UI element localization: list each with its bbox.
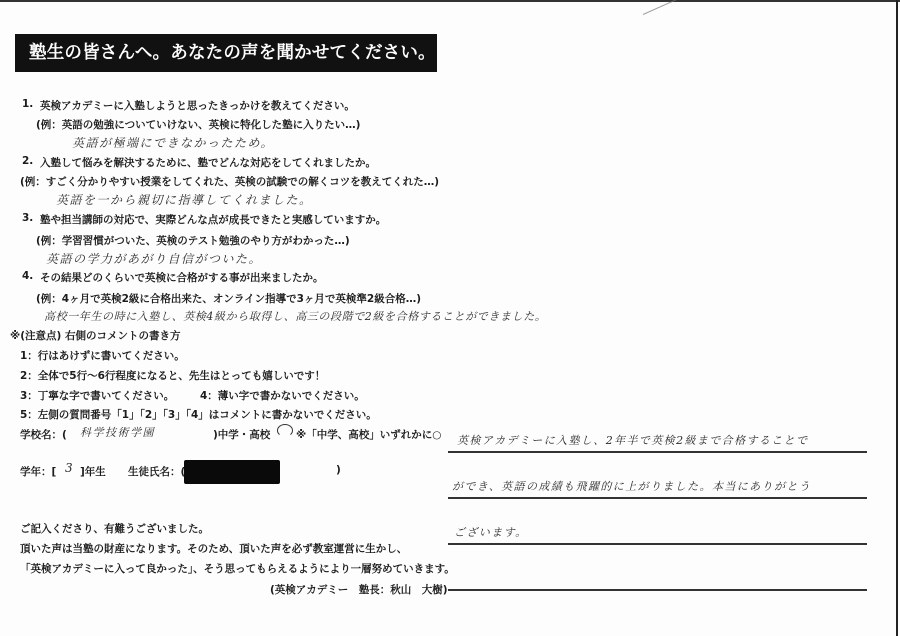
grade-label-open: 学年：[ (20, 464, 56, 479)
note-item-1: 1：行はあけずに書いてください。 (20, 348, 185, 363)
grade-label-close: ]年生 (80, 464, 106, 479)
question-2-answer: 英語を一から親切に指導してくれました。 (56, 191, 313, 208)
question-1-number: 1. (22, 98, 33, 110)
question-3-answer: 英語の学力があがり自信がついた。 (46, 250, 262, 267)
note-item-3: 3：丁寧な字で書いてください。 (20, 388, 174, 403)
student-name-close: ) (336, 464, 341, 476)
question-2-number: 2. (22, 155, 33, 167)
comment-rule-1 (448, 451, 867, 453)
note-item-5: 5：左側の質問番号「1」「2」「3」「4」はコメントに書かないでください。 (20, 407, 377, 422)
comment-line-3: ございます。 (454, 524, 528, 540)
question-1-answer: 英語が極端にできなかったため。 (72, 134, 274, 151)
school-type-instruction: ※「中学、高校」いずれかに○ (296, 427, 441, 442)
comment-line-1: 英検アカデミーに入塾し、2年半で英検2級まで合格することで (457, 432, 809, 448)
school-type-circled-mark (277, 424, 293, 437)
question-3-number: 3. (22, 212, 33, 224)
comment-rule-3 (448, 543, 867, 545)
question-1-text: 英検アカデミーに入塾しようと思ったきっかけを教えてください。 (40, 98, 355, 113)
question-4-example: (例：4ヶ月で英検2級に合格出来た、オンライン指導で3ヶ月で英検準2級合格…) (36, 291, 421, 306)
question-3-text: 塾や担当講師の対応で、実際どんな点が成長できたと実感していますか。 (40, 212, 386, 227)
question-4-answer: 高校一年生の時に入塾し、英検4級から取得し、高三の段階で2級を合格することができ… (44, 308, 546, 324)
comment-rule-2 (448, 497, 867, 499)
student-name-label: 生徒氏名：( (128, 464, 185, 479)
note-item-4: 4：薄い字で書かないでください。 (200, 388, 365, 403)
question-1-example: (例：英語の勉強についていけない、英検に特化した塾に入りたい…) (36, 117, 360, 132)
pen-stroke-mark (643, 0, 726, 15)
grade-value: 3 (65, 461, 74, 475)
question-4-text: その結果どのくらいで英検に合格がする事が出来ましたか。 (40, 270, 324, 285)
question-2-example: (例：すごく分かりやすい授業をしてくれた、英検の試験での解くコツを教えてくれた…… (20, 174, 439, 189)
comment-rule-4 (448, 589, 867, 591)
closing-line-1: ご記入くださり、有難うございました。 (20, 521, 209, 536)
closing-signature: (英検アカデミー 塾長：秋山 大樹) (270, 582, 448, 597)
school-type-options: )中学・高校 (213, 427, 270, 442)
notes-heading: ※(注意点) 右側のコメントの書き方 (10, 328, 180, 343)
question-2-text: 入塾して悩みを解決するために、塾でどんな対応をしてくれましたか。 (40, 155, 376, 170)
question-3-example: (例：学習習慣がついた、英検のテスト勉強のやり方がわかった…) (36, 233, 350, 248)
school-name-value: 科学技術学園 (80, 424, 155, 440)
survey-title: 塾生の皆さんへ。あなたの声を聞かせてください。 (15, 34, 437, 72)
closing-line-2: 頂いた声は当塾の財産になります。そのため、頂いた声を必ず教室運営に生かし、 (20, 541, 407, 556)
school-name-label: 学校名：( (20, 427, 67, 442)
student-name-redacted (184, 460, 280, 484)
question-4-number: 4. (22, 270, 33, 282)
closing-line-3: 「英検アカデミーに入って良かった」、そう思ってもらえるようにより一層努めていきま… (20, 561, 455, 576)
scan-border-right (896, 0, 898, 636)
scan-border-top (0, 0, 900, 2)
note-item-2: 2：全体で5行～6行程度になると、先生はとっても嬉しいです！ (20, 368, 325, 383)
comment-line-2: ができ、英語の成績も飛躍的に上がりました。本当にありがとう (452, 478, 811, 494)
